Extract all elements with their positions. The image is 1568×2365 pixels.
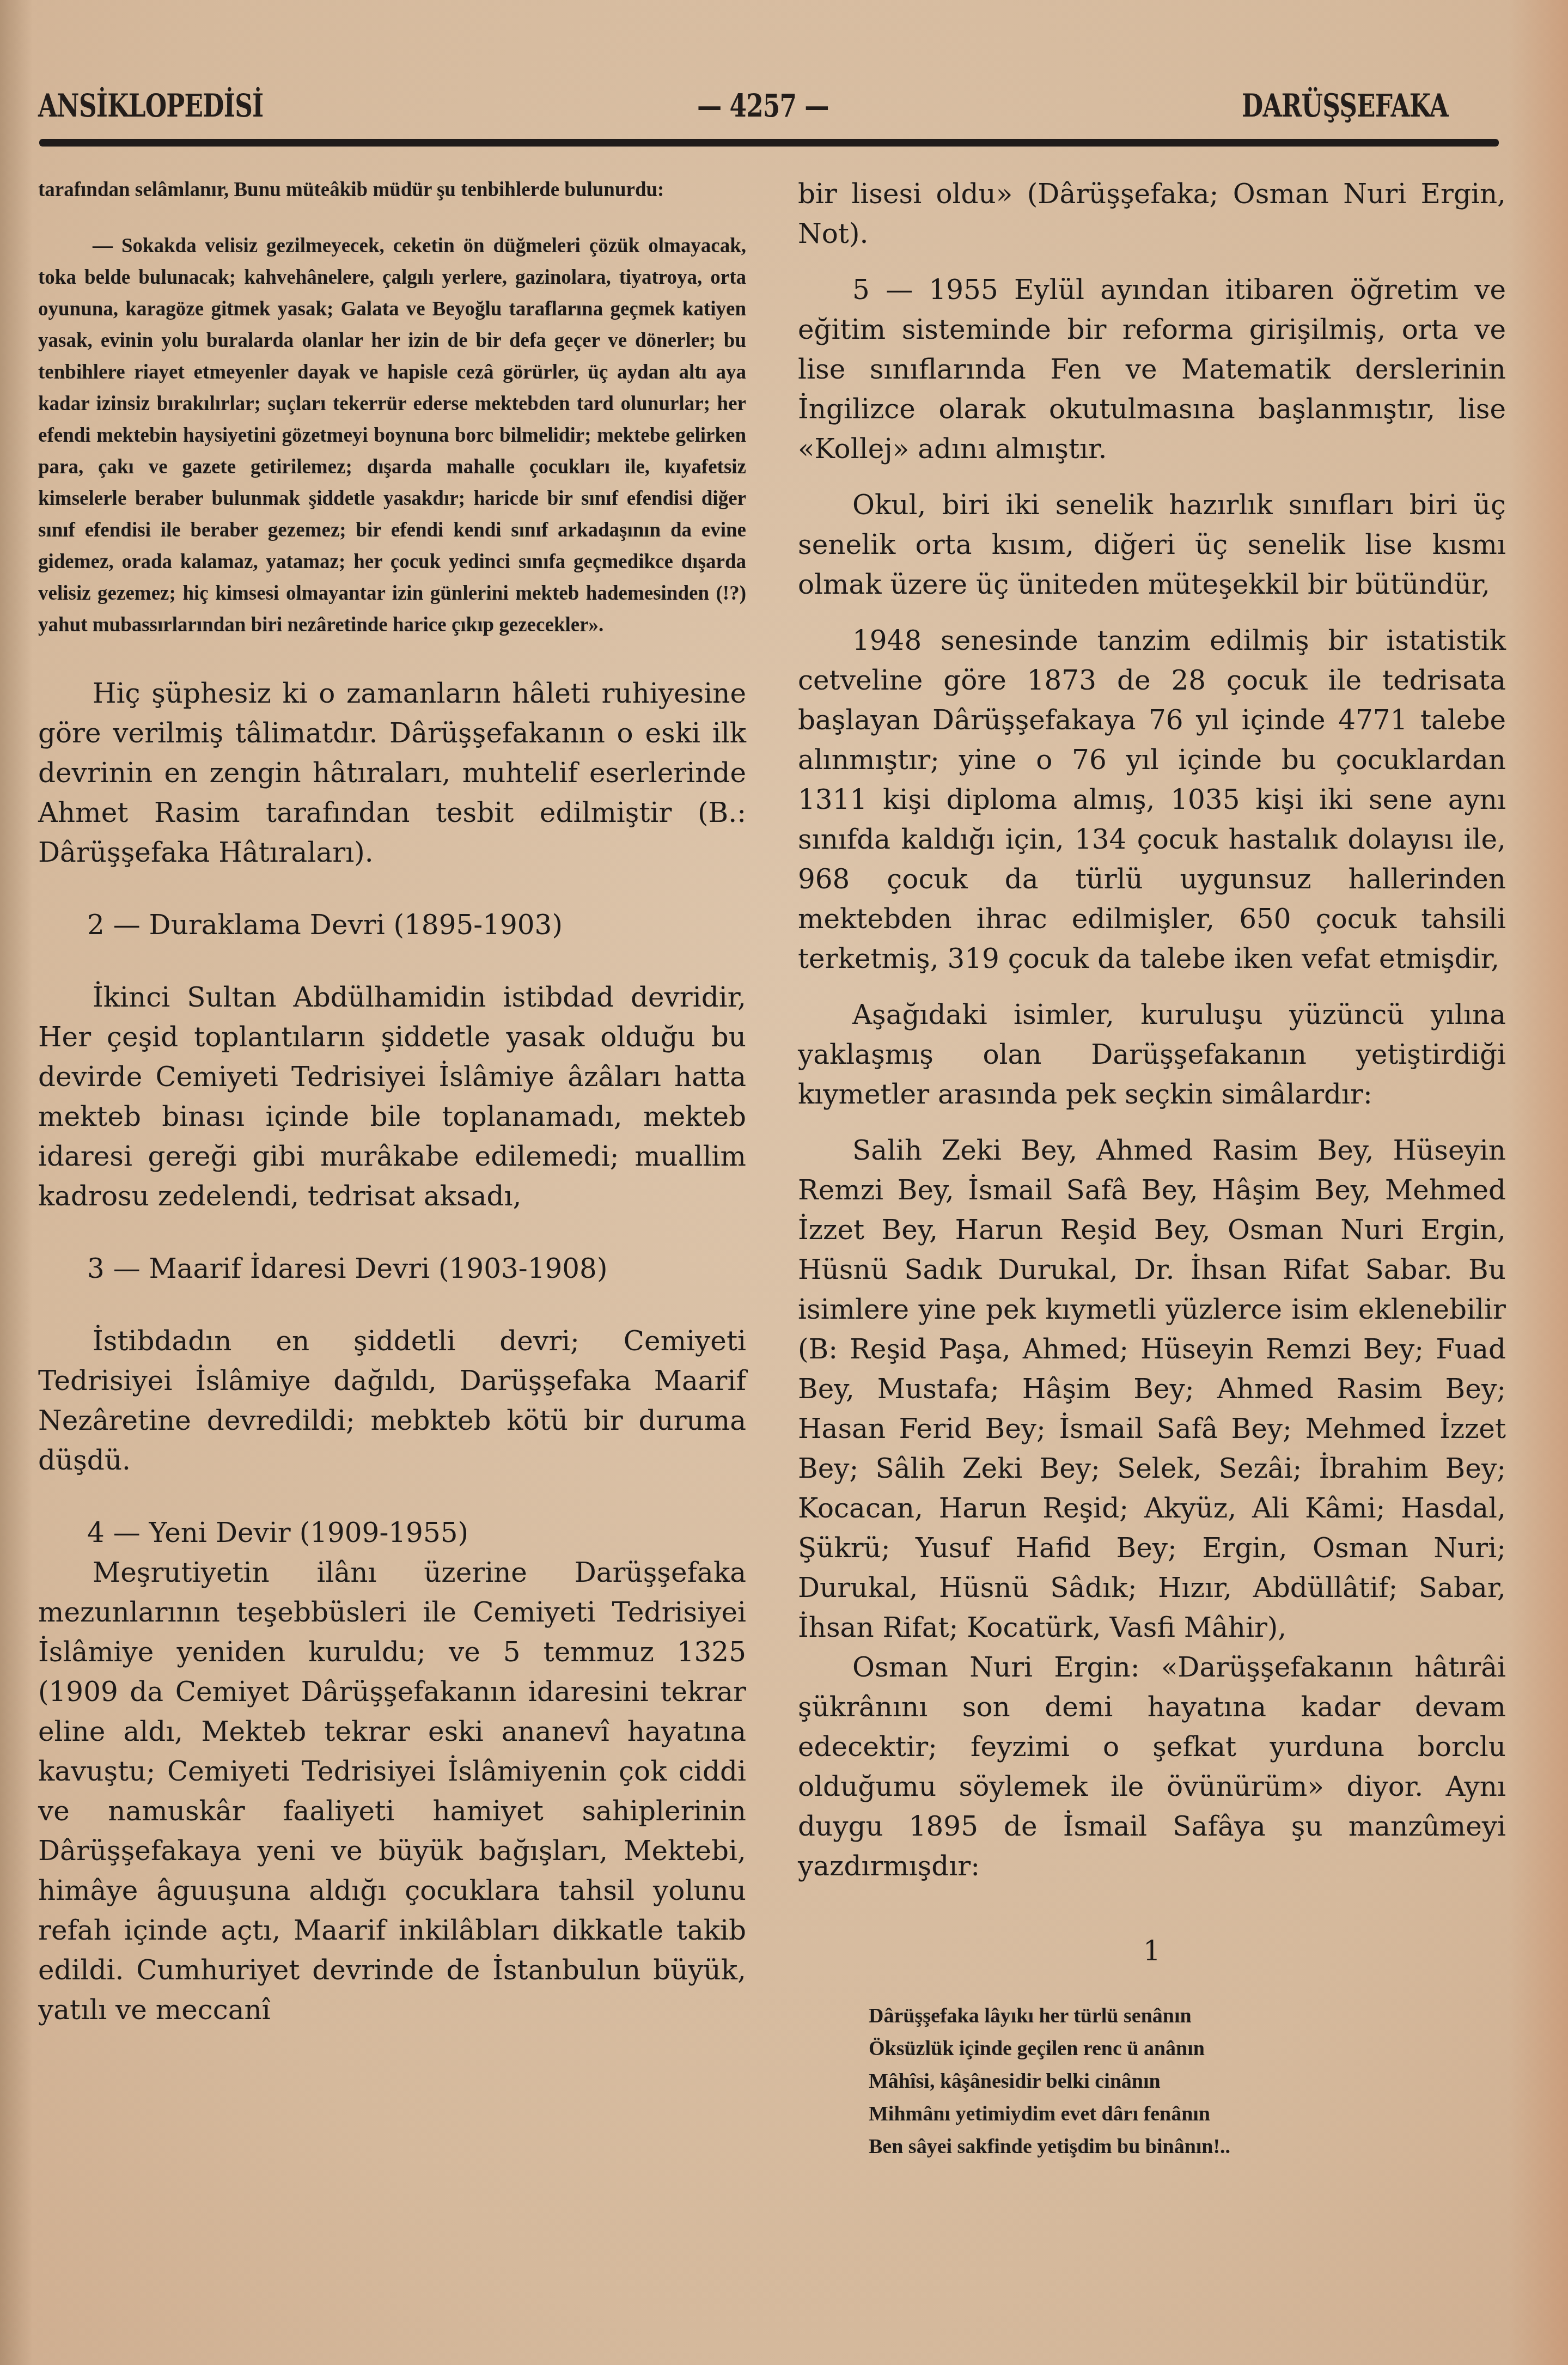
poem-line: Ben sâyei sakfinde yetişdim bu binânın!.… [869,2130,1506,2163]
encyclopedia-page: ANSİKLOPEDİSİ — 4257 — DARÜŞŞEFAKA taraf… [0,0,1568,2365]
poem-stanza-number: 1 [798,1935,1506,1967]
section-4-body: Meşrutiyetin ilânı üzerine Darüşşefaka m… [38,1553,746,2030]
ergin-quote-paragraph: Osman Nuri Ergin: «Darüşşefakanın hâtırâ… [798,1648,1506,1886]
school-structure-paragraph: Okul, biri iki senelik hazırlık sınıflar… [798,485,1506,605]
rules-quote-paragraph: — Sokakda velisiz gezilmeyecek, ceketin … [38,230,746,641]
poem: Dârüşşefaka lâyıkı her türlü senânın Öks… [869,2000,1506,2163]
commentary-paragraph: Hiç şüphesiz ki o zamanların hâleti ruhi… [38,674,746,873]
section-4-heading: 4 — Yeni Devir (1909-1955) [87,1513,746,1553]
poem-line: Öksüzlük içinde geçilen renc ü anânın [869,2032,1506,2065]
right-column: bir lisesi oldu» (Dârüşşefaka; Osman Nur… [798,174,1506,2163]
notables-list-paragraph: Salih Zeki Bey, Ahmed Rasim Bey, Hüseyin… [798,1131,1506,1648]
notables-intro-paragraph: Aşağıdaki isimler, kuruluşu yüzüncü yılı… [798,995,1506,1114]
poem-line: Mâhîsi, kâşânesidir belki cinânın [869,2065,1506,2098]
page-number: — 4257 — [697,87,829,124]
continuation-paragraph: bir lisesi oldu» (Dârüşşefaka; Osman Nur… [798,174,1506,254]
section-5-paragraph: 5 — 1955 Eylül ayından itibaren öğretim … [798,270,1506,469]
header-entry-title: DARÜŞŞEFAKA [1242,87,1448,124]
header-rule-divider [39,139,1499,147]
poem-line: Mihmânı yetimiydim evet dârı fenânın [869,2098,1506,2130]
statistics-paragraph: 1948 senesinde tanzim edilmiş bir istati… [798,621,1506,979]
running-header: ANSİKLOPEDİSİ — 4257 — DARÜŞŞEFAKA [38,82,1500,131]
section-3-body: İstibdadın en şiddetli devri; Cemiyeti T… [38,1321,746,1480]
left-column: tarafından selâmlanır, Bunu müteâkib müd… [38,174,746,2030]
section-2-heading: 2 — Duraklama Devri (1895-1903) [87,905,746,945]
section-3-heading: 3 — Maarif İdaresi Devri (1903-1908) [87,1249,746,1289]
intro-paragraph: tarafından selâmlanır, Bunu müteâkib müd… [38,174,746,206]
poem-line: Dârüşşefaka lâyıkı her türlü senânın [869,2000,1506,2032]
section-2-body: İkinci Sultan Abdülhamidin istibdad devr… [38,978,746,1216]
header-encyclopedia-title: ANSİKLOPEDİSİ [38,87,263,124]
